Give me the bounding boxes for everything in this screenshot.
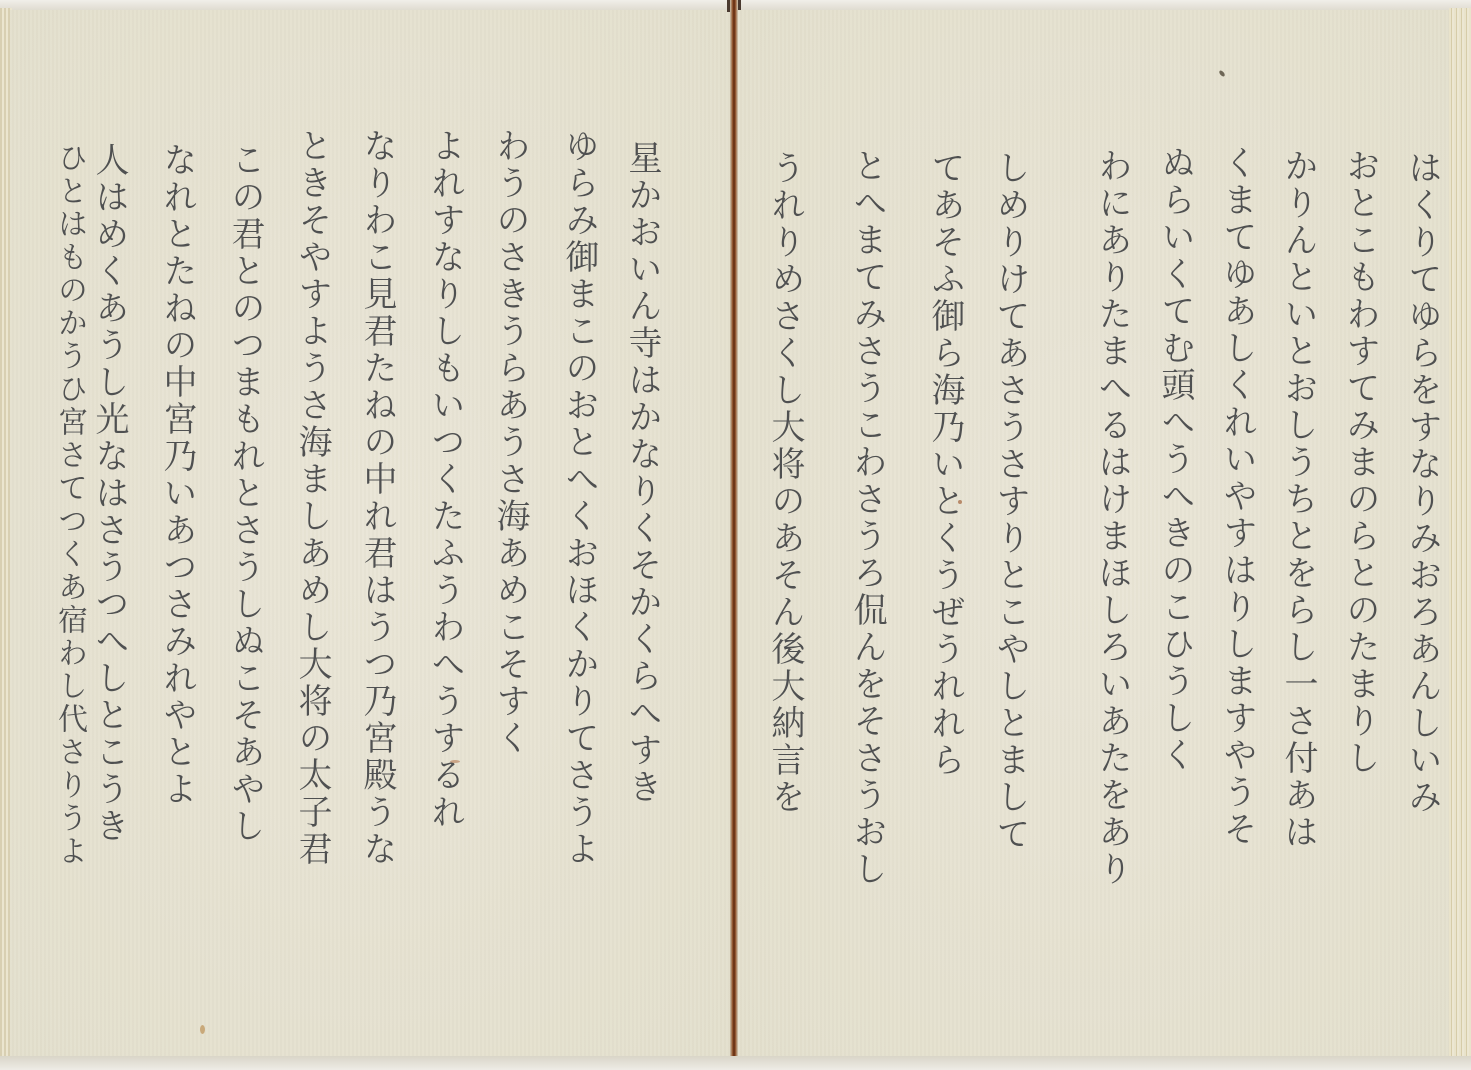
bottom-edge [0, 1056, 1471, 1070]
text-column: なれとたねの中宮乃いあつさみれやとよ [160, 142, 194, 808]
text-column: てあそふ御ら海乃いとくうぜうれれら [928, 150, 962, 779]
left-page: 星かおいん寺はかなりくそかくらへすき ゆらみ御まこのおとへくおほくかりてさうよ … [10, 10, 730, 1058]
text-column: ときそやすようさ海ましあめし大将の太子君 [295, 128, 329, 868]
text-column: なりわこ見君たねの中れ君はうつ乃宮殿うな [360, 128, 394, 868]
text-column: かりんといとおしうちとをらし一さ付あは [1281, 148, 1315, 851]
text-column: ぬらいくてむ頭へうへきのこひうしく [1158, 145, 1192, 774]
text-column: くまてゆあしくれいやすはりしますやうそ [1220, 145, 1254, 848]
paper-fiber [450, 760, 460, 763]
paper-stain [958, 500, 962, 504]
right-leaf-edge [1449, 8, 1471, 1060]
right-page: はくりてゆらをすなりみおろあんしいみ おとこもわすてみまのらとのたまりし かりん… [738, 10, 1450, 1058]
book-spread: 星かおいん寺はかなりくそかくらへすき ゆらみ御まこのおとへくおほくかりてさうよ … [0, 0, 1471, 1070]
text-column: うれりめさくし大将のあそん後大納言を [768, 150, 802, 816]
text-column: 人はめくあうし光なはさうつへしとこうき [92, 142, 126, 845]
book-gutter [730, 0, 738, 1070]
text-column: よれすなりしもいつくたふうわへうするれ [428, 128, 462, 831]
text-column: しめりけてあさうさすりとこやしとまして [993, 150, 1027, 853]
paper-mark [1218, 70, 1226, 78]
text-column: とへまてみさうこわさうろ侃んをそさうおし [850, 148, 884, 888]
text-column: はくりてゆらをすなりみおろあんしいみ [1405, 150, 1439, 816]
text-column: わうのさきうらあうさ海あめこそすく [493, 128, 527, 757]
text-column: ひとはものかうひ宮さてつくあ宿わし代さりうよ [54, 142, 84, 868]
text-column: この君とのつまもれとさうしぬこそあやし [228, 142, 262, 845]
text-column: ゆらみ御まこのおとへくおほくかりてさうよ [562, 128, 596, 868]
paper-stain [200, 1025, 205, 1034]
text-column: 星かおいん寺はかなりくそかくらへすき [625, 140, 659, 806]
text-column: おとこもわすてみまのらとのたまりし [1343, 148, 1377, 777]
text-column: わにありたまへるはけまほしろいあたをあり [1095, 148, 1129, 888]
